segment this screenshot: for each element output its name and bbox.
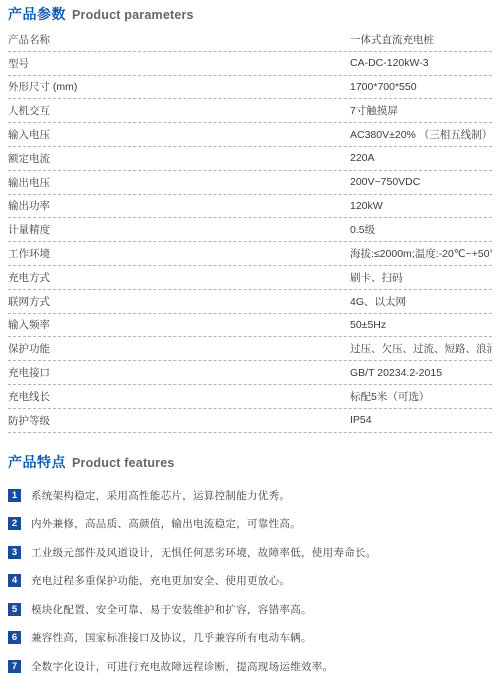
spec-row: 输出功率 120kW [8,195,492,219]
spec-value: 0.5级 [350,222,492,237]
feature-list: 1 系统架构稳定，采用高性能芯片，运算控制能力优秀。 2 内外兼修，高品质、高颜… [8,488,492,674]
spec-value: 过压、欠压、过流、短路、浪涌、漏电等 [350,341,492,356]
spec-label: 计量精度 [8,222,350,237]
product-spec-page: 产品参数 Product parameters 产品名称 一体式直流充电桩 型号… [0,0,500,676]
spec-row: 防护等级 IP54 [8,409,492,433]
spec-row: 型号 CA-DC-120kW-3 [8,52,492,76]
spec-row: 计量精度 0.5级 [8,218,492,242]
feature-number-badge: 3 [8,546,21,559]
features-section-header: 产品特点 Product features [8,452,492,472]
feature-text: 充电过程多重保护功能，充电更加安全、使用更放心。 [31,573,290,588]
spec-row: 充电接口 GB/T 20234.2-2015 [8,361,492,385]
spec-value: IP54 [350,414,492,426]
feature-number-badge: 2 [8,517,21,530]
spec-row: 外形尺寸 (mm) 1700*700*550 [8,76,492,100]
spec-row: 人机交互 7寸触摸屏 [8,99,492,123]
spec-label: 工作环境 [8,246,350,261]
feature-item: 4 充电过程多重保护功能，充电更加安全、使用更放心。 [8,573,492,588]
feature-item: 1 系统架构稳定，采用高性能芯片，运算控制能力优秀。 [8,488,492,503]
feature-number-badge: 1 [8,489,21,502]
spec-label: 充电方式 [8,270,350,285]
feature-text: 工业级元部件及风道设计，无惧任何恶劣环境，故障率低，使用寿命长。 [31,545,377,560]
spec-label: 保护功能 [8,341,350,356]
spec-label: 输出功率 [8,198,350,213]
parameters-section-header: 产品参数 Product parameters [8,4,492,24]
spec-label: 型号 [8,56,350,71]
spec-row: 输入电压 AC380V±20% （三相五线制） [8,123,492,147]
feature-text: 全数字化设计，可进行充电故障远程诊断，提高现场运维效率。 [31,659,333,674]
feature-text: 兼容性高，国家标准接口及协议，几乎兼容所有电动车辆。 [31,630,312,645]
spec-row: 充电方式 刷卡、扫码 [8,266,492,290]
spec-value: 海拔:≤2000m;温度:-20℃~+50℃ [350,246,492,261]
features-title-zh: 产品特点 [8,452,66,472]
spec-value: 220A [350,152,492,164]
spec-label: 外形尺寸 (mm) [8,79,350,94]
spec-label: 产品名称 [8,32,350,47]
spec-value: 7寸触摸屏 [350,103,492,118]
spec-row: 额定电流 220A [8,147,492,171]
spec-value: 标配5米（可选） [350,389,492,404]
spec-value: 刷卡、扫码 [350,270,492,285]
spec-table: 产品名称 一体式直流充电桩 型号 CA-DC-120kW-3 外形尺寸 (mm)… [8,28,492,433]
feature-number-badge: 6 [8,631,21,644]
spec-value: CA-DC-120kW-3 [350,57,492,69]
feature-number-badge: 7 [8,660,21,673]
feature-number-badge: 4 [8,574,21,587]
feature-text: 模块化配置、安全可靠、易于安装维护和扩容，容错率高。 [31,602,312,617]
spec-row: 输入频率 50±5Hz [8,314,492,338]
feature-text: 系统架构稳定，采用高性能芯片，运算控制能力优秀。 [31,488,290,503]
spec-value: 50±5Hz [350,319,492,331]
spec-row: 联网方式 4G、以太网 [8,290,492,314]
feature-item: 5 模块化配置、安全可靠、易于安装维护和扩容，容错率高。 [8,602,492,617]
spec-row: 充电线长 标配5米（可选） [8,385,492,409]
spec-value: 120kW [350,200,492,212]
spec-row: 工作环境 海拔:≤2000m;温度:-20℃~+50℃ [8,242,492,266]
spec-label: 输入电压 [8,127,350,142]
spec-row: 产品名称 一体式直流充电桩 [8,28,492,52]
feature-item: 6 兼容性高，国家标准接口及协议，几乎兼容所有电动车辆。 [8,630,492,645]
spec-label: 充电线长 [8,389,350,404]
spec-row: 输出电压 200V~750VDC [8,171,492,195]
feature-item: 3 工业级元部件及风道设计，无惧任何恶劣环境，故障率低，使用寿命长。 [8,545,492,560]
parameters-title-en: Product parameters [72,8,194,22]
feature-number-badge: 5 [8,603,21,616]
feature-text: 内外兼修，高品质、高颜值，输出电流稳定，可靠性高。 [31,516,301,531]
spec-label: 输出电压 [8,175,350,190]
spec-label: 输入频率 [8,317,350,332]
spec-value: 200V~750VDC [350,176,492,188]
spec-label: 人机交互 [8,103,350,118]
spec-value: 4G、以太网 [350,294,492,309]
spec-label: 充电接口 [8,365,350,380]
parameters-title-zh: 产品参数 [8,4,66,24]
spec-value: GB/T 20234.2-2015 [350,367,492,379]
spec-value: AC380V±20% （三相五线制） [350,127,492,142]
spec-row: 保护功能 过压、欠压、过流、短路、浪涌、漏电等 [8,337,492,361]
feature-item: 7 全数字化设计，可进行充电故障远程诊断，提高现场运维效率。 [8,659,492,674]
features-title-en: Product features [72,456,175,470]
spec-value: 1700*700*550 [350,81,492,93]
spec-value: 一体式直流充电桩 [350,32,492,47]
feature-item: 2 内外兼修，高品质、高颜值，输出电流稳定，可靠性高。 [8,516,492,531]
spec-label: 联网方式 [8,294,350,309]
spec-label: 额定电流 [8,151,350,166]
spec-label: 防护等级 [8,413,350,428]
